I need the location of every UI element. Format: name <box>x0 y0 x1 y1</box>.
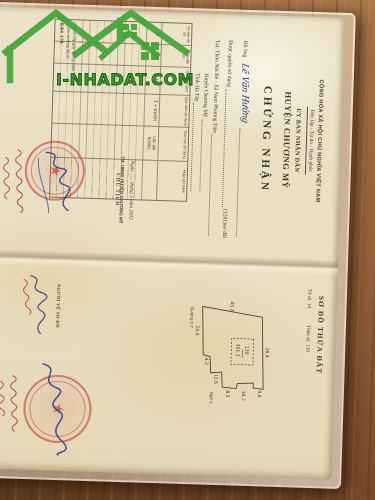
drawer-label: NGƯỜI VẼ SƠ ĐỒ <box>55 271 62 341</box>
svg-text:301.1: 301.1 <box>234 343 240 356</box>
svg-text:Đường C.T: Đường C.T <box>189 307 195 329</box>
certificate-page: CỘNG HÒA XÃ HỘI CHỦ NGHĨA VIỆT NAM Độc l… <box>0 6 346 266</box>
photo-scene: CỘNG HÒA XÃ HỘI CHỦ NGHĨA VIỆT NAM Độc l… <box>0 0 375 500</box>
plot-title: SƠ ĐỒ THỬA ĐẤT <box>314 283 325 387</box>
plot-subtitle: Tờ số10 Thửa số139 <box>303 289 311 393</box>
parcel-table-header: Tờ bản đồ số Thửa đất số Diện tích (m²) … <box>156 23 192 201</box>
confirmation-signature <box>28 357 77 461</box>
handwritten-name-red <box>0 147 26 244</box>
holder-line: Hộ ông Lê Văn Hưởng <box>236 41 252 239</box>
svg-text:4.6: 4.6 <box>256 390 262 398</box>
holder-name-handwritten: Lê Văn Hưởng <box>239 62 250 123</box>
svg-text:24.4: 24.4 <box>194 325 200 335</box>
area-unit: m² đất <box>221 224 227 238</box>
handwritten-name-red <box>0 373 21 466</box>
parcel-sketch: 26.4 34.7 24.4 45.2 4.6 8.5 12.6 4.2 139… <box>184 299 271 406</box>
svg-text:8.5: 8.5 <box>224 390 230 398</box>
signature-block: Ngày ...... tháng 5 năm 2002 TM. UBND HU… <box>112 127 136 254</box>
page-title: CHỨNG NHẬN <box>256 15 276 263</box>
svg-text:34.7: 34.7 <box>240 391 246 401</box>
svg-text:4.2: 4.2 <box>203 357 209 365</box>
area-value: (1281) <box>221 209 227 224</box>
land-certificate-document: CỘNG HÒA XÃ HỘI CHỦ NGHĨA VIỆT NAM Độc l… <box>0 6 346 479</box>
svg-text:Ngõ xóm: Ngõ xóm <box>208 392 214 406</box>
location-line-2: Huyện Chương Mỹ <box>199 73 210 193</box>
registry-note: Vào sổ cấp giấy chứng nhận quyền sử dụng… <box>54 23 77 124</box>
holder-prefix: Hộ ông <box>242 41 249 58</box>
drawer-signature <box>18 271 53 339</box>
svg-text:139: 139 <box>243 346 249 355</box>
svg-text:12.6: 12.6 <box>212 374 218 384</box>
grant-line: Được quyền sử dụng (1281) m² đất <box>221 40 234 238</box>
svg-text:45.2: 45.2 <box>229 301 235 311</box>
svg-text:26.4: 26.4 <box>264 347 270 357</box>
location-line-1: Tại: Thôn Núi Bé - Xã Nam Phương Tiến <box>208 40 221 238</box>
plot-page: SƠ ĐỒ THỬA ĐẤT Tờ số10 Thửa số139 26.4 3… <box>0 254 338 480</box>
dotted-line <box>236 128 246 236</box>
